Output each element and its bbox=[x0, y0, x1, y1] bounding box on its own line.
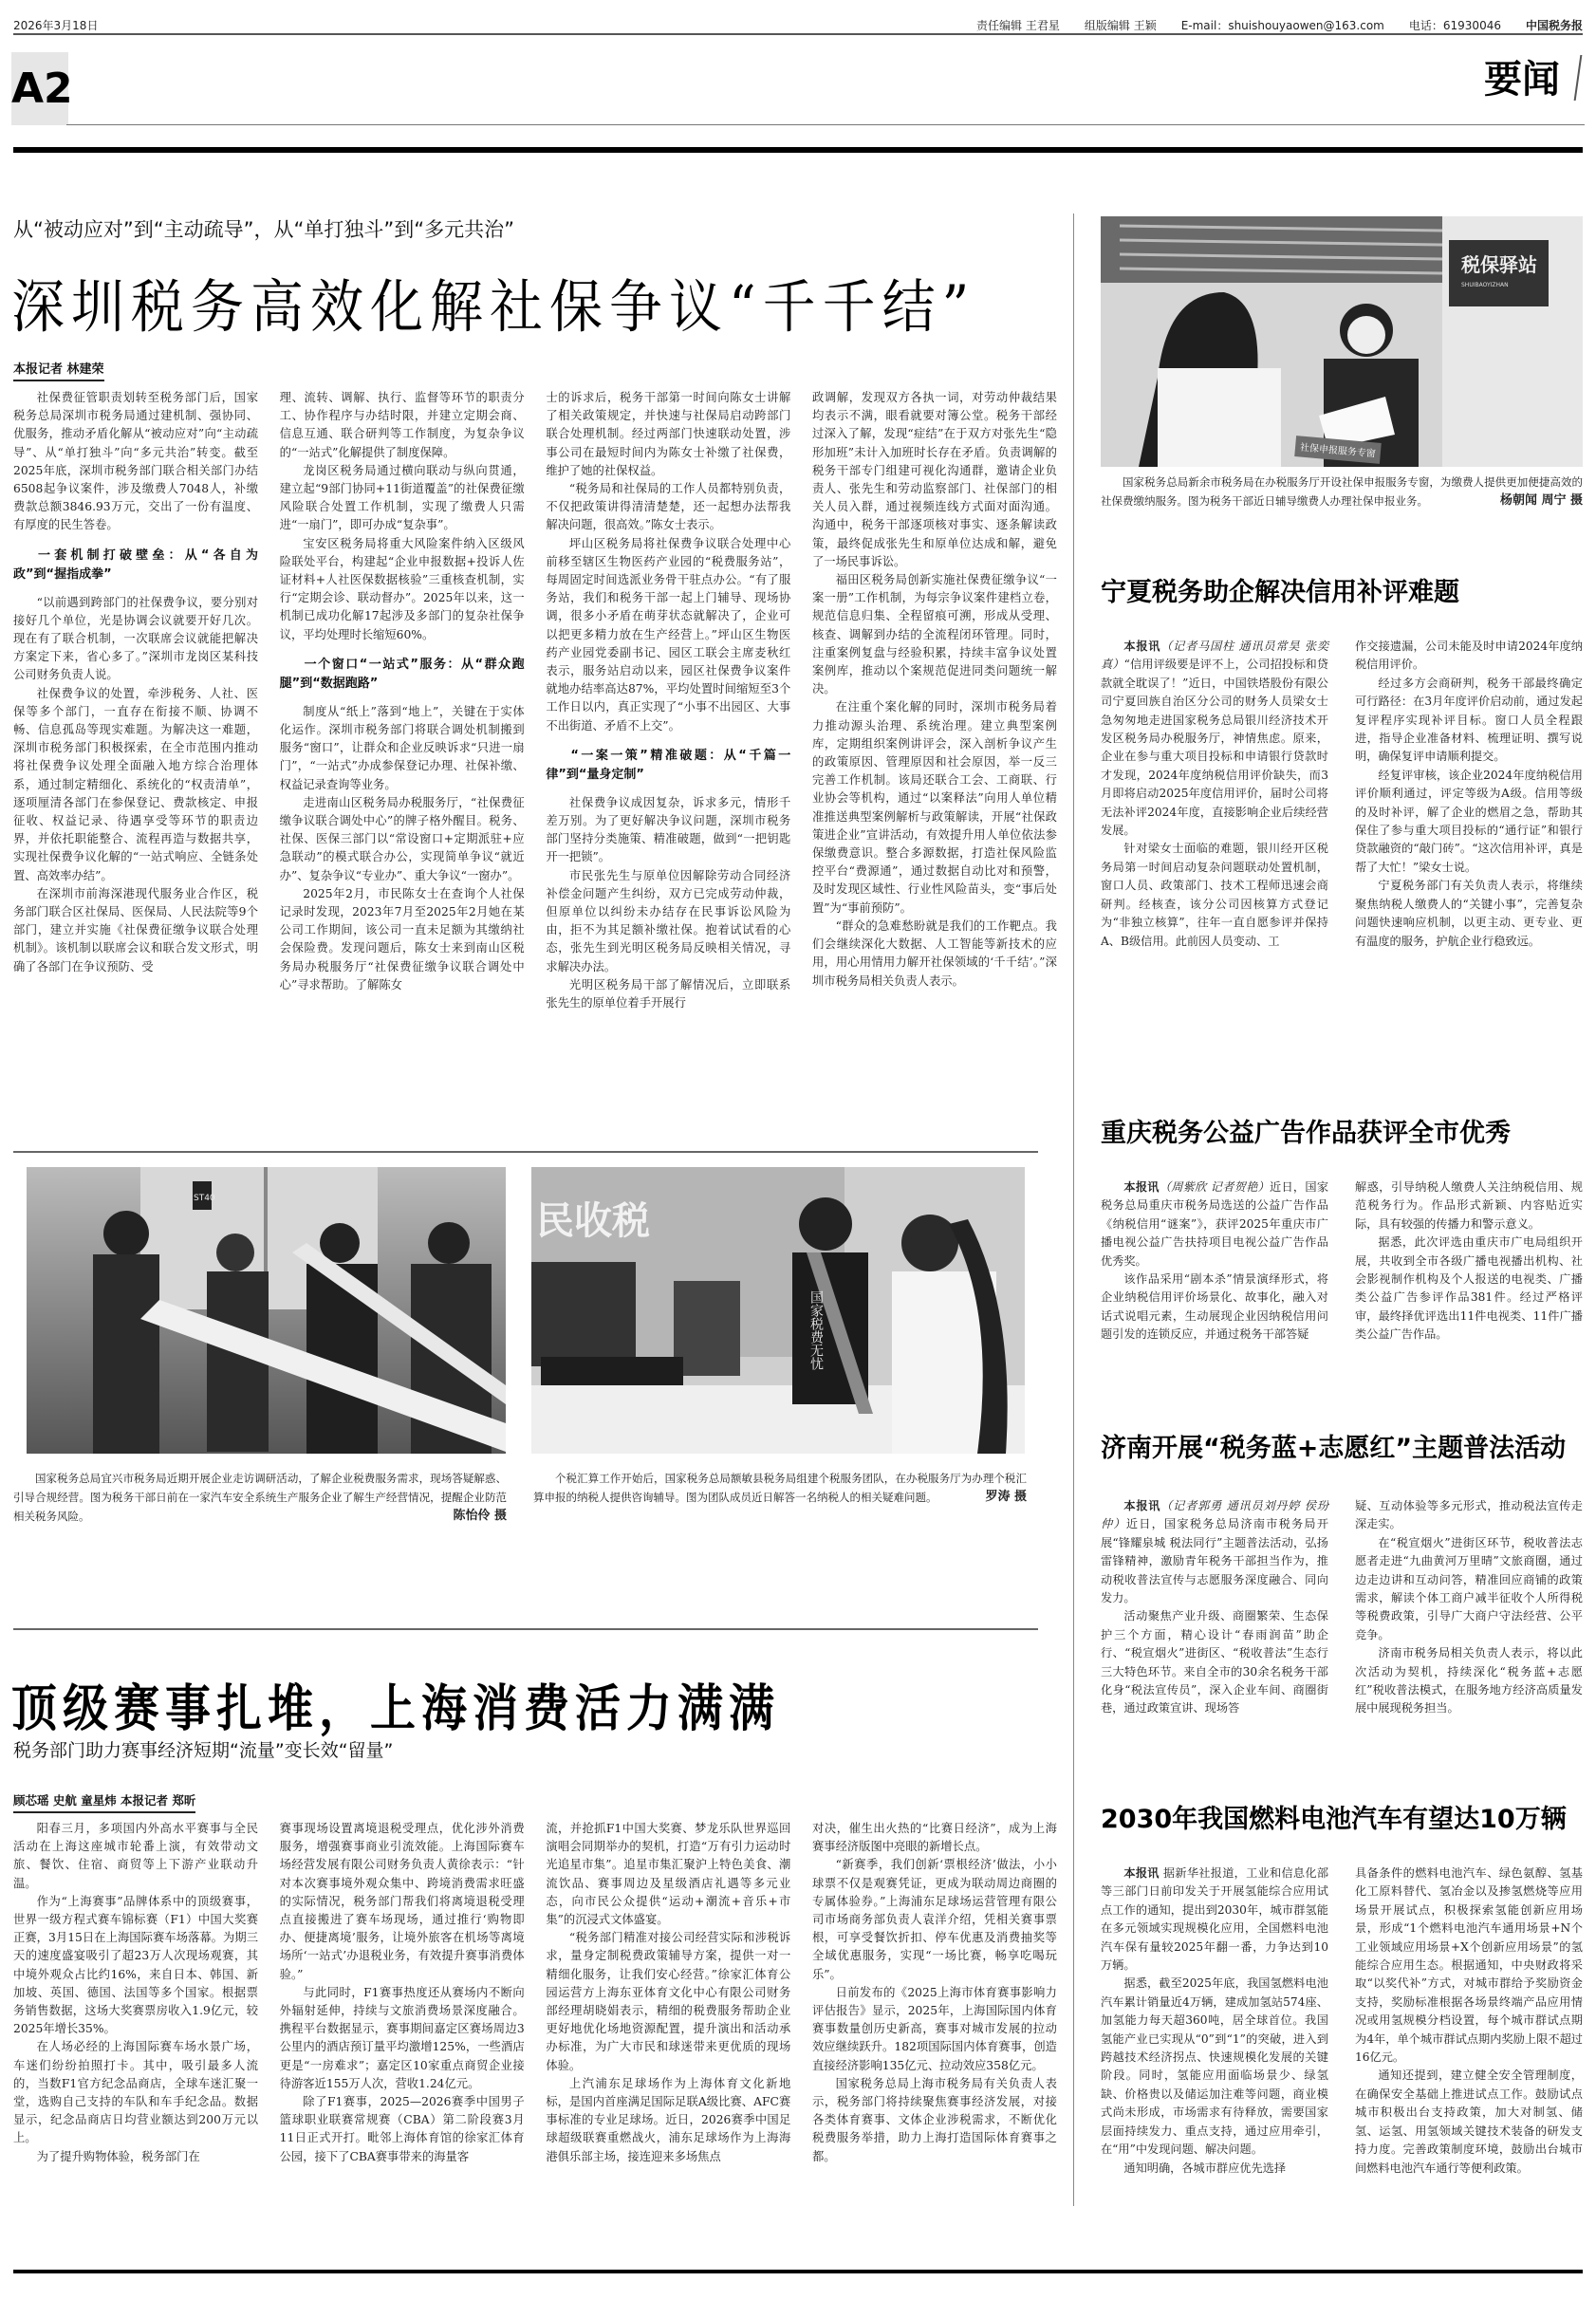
dateline-label: 本报讯 bbox=[1123, 1499, 1160, 1512]
paragraph: 制度从“纸上”落到“地上”，关键在于实体化运作。深圳市税务部门将联合调处机制搬到… bbox=[280, 703, 525, 794]
lead-headline[interactable]: 深圳税务高效化解社保争议“千千结” bbox=[11, 262, 975, 343]
article-column: 赛事现场设置离境退税受理点，优化涉外消费服务，增强赛事商业引流效能。上海国际赛车… bbox=[280, 1820, 525, 2237]
paragraph: 据悉，此次评选由重庆市广电局组织开展，共收到全市各级广播电视播出机构、社会影视制… bbox=[1355, 1233, 1583, 1344]
paragraph: “群众的急难愁盼就是我们的工作靶点。我们会继续深化大数据、人工智能等新技术的应用… bbox=[812, 918, 1057, 991]
paragraph: 市民张先生与原单位因解除劳动合同经济补偿金问题产生纠纷，双方已完成劳动仲裁，但原… bbox=[546, 867, 790, 976]
paragraph: 宁夏税务部门有关负责人表示，将继续聚焦纳税人缴费人的“关键小事”，完善复杂问题快… bbox=[1355, 877, 1583, 951]
paragraph: 走进南山区税务局办税服务厅，“社保费征缴争议联合调处中心”的牌子格外醒目。税务、… bbox=[280, 794, 525, 885]
second-article-body: 阳春三月，多项国内外高水平赛事与全民活动在上海这座城市轮番上演，有效带动文旅、餐… bbox=[13, 1820, 1057, 2237]
lead-kicker: 从“被动应对”到“主动疏导”，从“单打独斗”到“多元共治” bbox=[13, 214, 514, 243]
photo-credit: 陈怡伶 摄 bbox=[453, 1507, 507, 1526]
paragraph: “税务部门精准对接公司经营实际和涉税诉求，量身定制税费政策辅导方案，提供一对一精… bbox=[546, 1929, 790, 2075]
ningxia-article-body: 本报讯（记者马国柱 通讯员常昊 张奕真）“信用评级要是评不上，公司招投标和贷款就… bbox=[1101, 638, 1583, 1008]
chongqing-headline[interactable]: 重庆税务公益广告作品获评全市优秀 bbox=[1101, 1112, 1511, 1149]
paragraph: 本报讯（记者郭勇 通讯员刘丹婷 侯玢仲）近日，国家税务总局济南市税务局开展“锋耀… bbox=[1101, 1497, 1328, 1607]
reporter-credit: （周紫欣 记者贺艳） bbox=[1160, 1180, 1270, 1194]
paragraph: 社保费争议成因复杂，诉求多元，情形千差万别。为了更好解决争议问题，深圳市税务部门… bbox=[546, 794, 790, 867]
paragraph: 本报讯（周紫欣 记者贺艳）近日，国家税务总局重庆市税务局选送的公益广告作品《纳税… bbox=[1101, 1178, 1328, 1271]
footer-rule bbox=[13, 2270, 1583, 2273]
paragraph: 理、流转、调解、执行、监督等环节的职责分工、协作程序与办结时限，并建立定期会商、… bbox=[280, 389, 525, 462]
subheading: “一案一策”精准破题：从“千篇一律”到“量身定制” bbox=[546, 747, 790, 785]
article-column: 解惑，引导纳税人缴费人关注纳税信用、规范税务行为。作品形式新颖、内容贴近实际，具… bbox=[1355, 1178, 1583, 1392]
paragraph: 士的诉求后，税务干部第一时间向陈女士讲解了相关政策规定，并快速与社保局启动跨部门… bbox=[546, 389, 790, 480]
svg-text:税保驿站: 税保驿站 bbox=[1460, 253, 1537, 276]
responsible-editor: 责任编辑 王君星 bbox=[976, 17, 1060, 33]
paragraph: 在注重个案化解的同时，深圳市税务局着力推动源头治理、系统治理。建立典型案例库，定… bbox=[812, 698, 1057, 917]
paragraph: 对决，催生出火热的“比赛日经济”，成为上海赛事经济版图中亮眼的新增长点。 bbox=[812, 1820, 1057, 1856]
column-divider bbox=[1073, 213, 1074, 2206]
header-thick-rule bbox=[13, 147, 1583, 153]
paragraph: “以前遇到跨部门的社保费争议，要分别对接好几个单位，光是协调会议就要开好几次。现… bbox=[13, 594, 258, 685]
paragraph: 通知还提到，建立健全安全管理制度，在确保安全基础上推进试点工作。鼓励试点城市积极… bbox=[1355, 2067, 1583, 2177]
paragraph: 具备条件的燃料电池汽车、绿色氨醇、氢基化工原料替代、氢冶金以及掺氢燃烧等应用场景… bbox=[1355, 1864, 1583, 2067]
header-rule bbox=[66, 124, 1585, 125]
paragraph: 除了F1赛事，2025—2026赛季中国男子篮球职业联赛常规赛（CBA）第二阶段… bbox=[280, 2093, 525, 2166]
paragraph: “税务局和社保局的工作人员都特别负责，不仅把政策讲得清清楚楚，还一起想办法帮我解… bbox=[546, 480, 790, 535]
paragraph: 国家税务总局上海市税务局有关负责人表示，税务部门将持续聚焦赛事经济发展，对接各类… bbox=[812, 2075, 1057, 2166]
paragraph: 社保费争议的处置，牵涉税务、人社、医保等多个部门，一直存在衔接不顺、协调不畅、信… bbox=[13, 685, 258, 885]
article-column: 具备条件的燃料电池汽车、绿色氨醇、氢基化工原料替代、氢冶金以及掺氢燃烧等应用场景… bbox=[1355, 1864, 1583, 2244]
article-column: 流，并抢抓F1中国大奖赛、梦龙乐队世界巡回演唱会同期举办的契机，打造“万有引力运… bbox=[546, 1820, 790, 2237]
dateline-label: 本报讯 bbox=[1123, 640, 1160, 653]
section-name: 要闻 bbox=[1484, 49, 1560, 103]
paragraph: 在人场必经的上海国际赛车场水景广场，车迷们纷纷拍照打卡。其中，吸引最多人流的，当… bbox=[13, 2038, 258, 2147]
svg-text:民收税: 民收税 bbox=[536, 1199, 650, 1243]
paragraph: 作交接遗漏，公司未能及时申请2024年度纳税信用评价。 bbox=[1355, 638, 1583, 675]
paragraph: 与此同时，F1赛事热度还从赛场内不断向外辐射延伸，持续与文旅消费场景深度融合。携… bbox=[280, 1984, 525, 2093]
lead-byline: 本报记者 林建荣 bbox=[13, 359, 104, 381]
chongqing-article-body: 本报讯（周紫欣 记者贺艳）近日，国家税务总局重庆市税务局选送的公益广告作品《纳税… bbox=[1101, 1178, 1583, 1392]
photo-caption-left: 国家税务总局宜兴市税务局近期开展企业走访调研活动，了解企业税费服务需求，现场答疑… bbox=[13, 1469, 507, 1526]
paragraph: 在深圳市前海深港现代服务业合作区，税务部门联合区社保局、医保局、人民法院等9个部… bbox=[13, 885, 258, 976]
article-column: 本报讯（记者郭勇 通讯员刘丹婷 侯玢仲）近日，国家税务总局济南市税务局开展“锋耀… bbox=[1101, 1497, 1328, 1734]
paragraph: 流，并抢抓F1中国大奖赛、梦龙乐队世界巡回演唱会同期举办的契机，打造“万有引力运… bbox=[546, 1820, 790, 1929]
paragraph: “新赛季，我们创新‘票根经济’做法，小小球票不仅是观赛凭证，更成为联动周边商圈的… bbox=[812, 1856, 1057, 1983]
photo-tax-service-hall: 民收税 国家税费无忧 bbox=[531, 1167, 1025, 1454]
photo-image: ST40 bbox=[27, 1167, 506, 1454]
article-column: 疑、互动体验等多元形式，推动税法宣传走深走实。在“税宣烟火”进街区环节，税收普法… bbox=[1355, 1497, 1583, 1734]
paragraph: 社保费征管职责划转至税务部门后，国家税务总局深圳市税务局通过建机制、强协同、优服… bbox=[13, 389, 258, 535]
fuel-cell-article-body: 本报讯 据新华社报道，工业和信息化部等三部门日前印发关于开展氢能综合应用试点工作… bbox=[1101, 1864, 1583, 2244]
section-mark bbox=[1574, 55, 1583, 101]
dateline-label: 本报讯 bbox=[1123, 1866, 1159, 1880]
paragraph: 通知明确，各城市群应优先选择 bbox=[1101, 2160, 1328, 2178]
paragraph: 赛事现场设置离境退税受理点，优化涉外消费服务，增强赛事商业引流效能。上海国际赛车… bbox=[280, 1820, 525, 1984]
paragraph: 该作品采用“剧本杀”情景演绎形式，将企业纳税信用评价场景化、故事化，融入对话式说… bbox=[1101, 1271, 1328, 1345]
paragraph: 疑、互动体验等多元形式，推动税法宣传走深走实。 bbox=[1355, 1497, 1583, 1534]
dateline-label: 本报讯 bbox=[1123, 1180, 1159, 1194]
article-column: 理、流转、调解、执行、监督等环节的职责分工、协作程序与办结时限，并建立定期会商、… bbox=[280, 389, 525, 1139]
paragraph: 经过多方会商研判，税务干部最终确定可行路径：在3月年度评价启动前，通过发起复评程… bbox=[1355, 675, 1583, 767]
paragraph: 福田区税务局创新实施社保费征缴争议“一案一册”工作机制，为每宗争议案件建档立卷，… bbox=[812, 571, 1057, 698]
photo-caption-middle: 个税汇算工作开始后，国家税务总局额敏县税务局组建个税服务团队，在办税服务厅为办理… bbox=[533, 1469, 1027, 1507]
photo-credit: 罗涛 摄 bbox=[985, 1488, 1027, 1507]
caption-text: 个税汇算工作开始后，国家税务总局额敏县税务局组建个税服务团队，在办税服务厅为办理… bbox=[533, 1469, 1027, 1507]
paragraph: 日前发布的《2025上海市体育赛事影响力评估报告》显示，2025年，上海国际国内… bbox=[812, 1984, 1057, 2075]
paragraph: 本报讯（记者马国柱 通讯员常昊 张奕真）“信用评级要是评不上，公司招投标和贷款就… bbox=[1101, 638, 1328, 840]
subheading: 一个窗口“一站式”服务：从“群众跑腿”到“数据跑路” bbox=[280, 656, 525, 694]
paragraph: 2025年2月，市民陈女士在查询个人社保记录时发现，2023年7月至2025年2… bbox=[280, 885, 525, 994]
paragraph: 光明区税务局干部了解情况后，立即联系张先生的原单位着手开展行 bbox=[546, 976, 790, 1012]
paragraph: 上汽浦东足球场作为上海体育文化新地标，是国内首座满足国际足联A级比赛、AFC赛事… bbox=[546, 2075, 790, 2166]
masthead-rule bbox=[13, 33, 1583, 35]
lead-article-body: 社保费征管职责划转至税务部门后，国家税务总局深圳市税务局通过建机制、强协同、优服… bbox=[13, 389, 1057, 1139]
ningxia-headline[interactable]: 宁夏税务助企解决信用补评难题 bbox=[1101, 571, 1459, 608]
layout-editor: 组版编辑 王颖 bbox=[1085, 17, 1157, 33]
svg-text:国家税费无忧: 国家税费无忧 bbox=[808, 1290, 824, 1370]
paragraph: 解惑，引导纳税人缴费人关注纳税信用、规范税务行为。作品形式新颖、内容贴近实际，具… bbox=[1355, 1178, 1583, 1233]
masthead-meta: 责任编辑 王君星 组版编辑 王颖 E-mail：shuishouyaowen@1… bbox=[976, 17, 1583, 33]
masthead: 2026年3月18日 责任编辑 王君星 组版编辑 王颖 E-mail：shuis… bbox=[13, 13, 1583, 34]
paper-name: 中国税务报 bbox=[1526, 17, 1583, 33]
paragraph: 坪山区税务局将社保费争议联合处理中心前移至辖区生物医药产业园的“税费服务站”，每… bbox=[546, 535, 790, 735]
second-headline[interactable]: 顶级赛事扎堆，上海消费活力满满 bbox=[11, 1668, 780, 1740]
contact-phone: 电话：61930046 bbox=[1409, 17, 1501, 33]
photo-factory-visit: ST40 bbox=[27, 1167, 506, 1454]
paragraph: 针对梁女士面临的难题，银川经开区税务局第一时间启动复杂问题联动处置机制，窗口人员… bbox=[1101, 840, 1328, 950]
article-column: 政调解，发现双方各执一词，对劳动仲裁结果均表示不满，眼看就要对簿公堂。税务干部经… bbox=[812, 389, 1057, 1139]
paragraph: 宝安区税务局将重大风险案件纳入区级风险联处平台，构建起“企业申报数据+投诉人佐证… bbox=[280, 535, 525, 644]
section-rule bbox=[13, 1151, 1038, 1153]
page-number: A2 bbox=[11, 52, 68, 125]
paragraph: 本报讯 据新华社报道，工业和信息化部等三部门日前印发关于开展氢能综合应用试点工作… bbox=[1101, 1864, 1328, 1975]
paragraph: 龙岗区税务局通过横向联动与纵向贯通，建立起“9部门协同+11街道覆盖”的社保费征… bbox=[280, 462, 525, 535]
article-column: 本报讯（记者马国柱 通讯员常昊 张奕真）“信用评级要是评不上，公司招投标和贷款就… bbox=[1101, 638, 1328, 1008]
article-column: 本报讯（周紫欣 记者贺艳）近日，国家税务总局重庆市税务局选送的公益广告作品《纳税… bbox=[1101, 1178, 1328, 1392]
second-byline: 顾芯瑶 史航 童星炜 本报记者 郑昕 bbox=[13, 1791, 195, 1813]
jinan-article-body: 本报讯（记者郭勇 通讯员刘丹婷 侯玢仲）近日，国家税务总局济南市税务局开展“锋耀… bbox=[1101, 1497, 1583, 1734]
article-column: 作交接遗漏，公司未能及时申请2024年度纳税信用评价。经过多方会商研判，税务干部… bbox=[1355, 638, 1583, 1008]
section-rule bbox=[13, 1628, 1038, 1630]
jinan-headline[interactable]: 济南开展“税务蓝+志愿红”主题普法活动 bbox=[1101, 1427, 1566, 1464]
paragraph: 据悉，截至2025年底，我国氢燃料电池汽车累计销量近4万辆，建成加氢站574座、… bbox=[1101, 1975, 1328, 2159]
second-subtitle: 税务部门助力赛事经济短期“流量”变长效“留量” bbox=[13, 1736, 393, 1762]
article-column: 对决，催生出火热的“比赛日经济”，成为上海赛事经济版图中亮眼的新增长点。“新赛季… bbox=[812, 1820, 1057, 2237]
photo-image: 税保驿站 SHUIBAOYIZHAN 社保申报服务专窗 bbox=[1101, 216, 1583, 467]
article-column: 士的诉求后，税务干部第一时间向陈女士讲解了相关政策规定，并快速与社保局启动跨部门… bbox=[546, 389, 790, 1139]
contact-email[interactable]: E-mail：shuishouyaowen@163.com bbox=[1181, 17, 1384, 33]
article-column: 本报讯 据新华社报道，工业和信息化部等三部门日前印发关于开展氢能综合应用试点工作… bbox=[1101, 1864, 1328, 2244]
photo-image: 民收税 国家税费无忧 bbox=[531, 1167, 1025, 1454]
article-column: 社保费征管职责划转至税务部门后，国家税务总局深圳市税务局通过建机制、强协同、优服… bbox=[13, 389, 258, 1139]
caption-text: 国家税务总局宜兴市税务局近期开展企业走访调研活动，了解企业税费服务需求，现场答疑… bbox=[13, 1469, 507, 1526]
photo-caption-right: 国家税务总局新余市税务局在办税服务厅开设社保申报服务专窗，为缴费人提供更加便捷高… bbox=[1101, 473, 1583, 510]
paragraph: 为了提升购物体验，税务部门在 bbox=[13, 2148, 258, 2166]
issue-date: 2026年3月18日 bbox=[13, 17, 98, 33]
photo-social-security-window: 税保驿站 SHUIBAOYIZHAN 社保申报服务专窗 bbox=[1101, 216, 1583, 467]
subheading: 一套机制打破壁垒：从“各自为政”到“握指成拳” bbox=[13, 547, 258, 584]
paragraph: 在“税宣烟火”进街区环节，税收普法志愿者走进“九曲黄河万里晴”文旅商圈，通过边走… bbox=[1355, 1534, 1583, 1644]
svg-text:ST40: ST40 bbox=[194, 1194, 215, 1203]
fuel-cell-headline[interactable]: 2030年我国燃料电池汽车有望达10万辆 bbox=[1101, 1798, 1567, 1835]
paragraph: 政调解，发现双方各执一词，对劳动仲裁结果均表示不满，眼看就要对簿公堂。税务干部经… bbox=[812, 389, 1057, 571]
paragraph: 作为“上海赛事”品牌体系中的顶级赛事，世界一级方程式赛车锦标赛（F1）中国大奖赛… bbox=[13, 1893, 258, 2039]
svg-text:SHUIBAOYIZHAN: SHUIBAOYIZHAN bbox=[1461, 282, 1509, 288]
photo-credit: 杨朝闻 周宁 摄 bbox=[1500, 492, 1583, 510]
paragraph: 济南市税务局相关负责人表示，将以此次活动为契机，持续深化“税务蓝+志愿红”税收普… bbox=[1355, 1644, 1583, 1718]
article-column: 阳春三月，多项国内外高水平赛事与全民活动在上海这座城市轮番上演，有效带动文旅、餐… bbox=[13, 1820, 258, 2237]
paragraph: 活动聚焦产业升级、商圈繁荣、生态保护三个方面，精心设计“春雨润苗”助企行、“税宣… bbox=[1101, 1607, 1328, 1717]
paragraph: 阳春三月，多项国内外高水平赛事与全民活动在上海这座城市轮番上演，有效带动文旅、餐… bbox=[13, 1820, 258, 1893]
paragraph: 经复评审核，该企业2024年度纳税信用评价顺利通过，评定等级为A级。信用等级的及… bbox=[1355, 767, 1583, 877]
